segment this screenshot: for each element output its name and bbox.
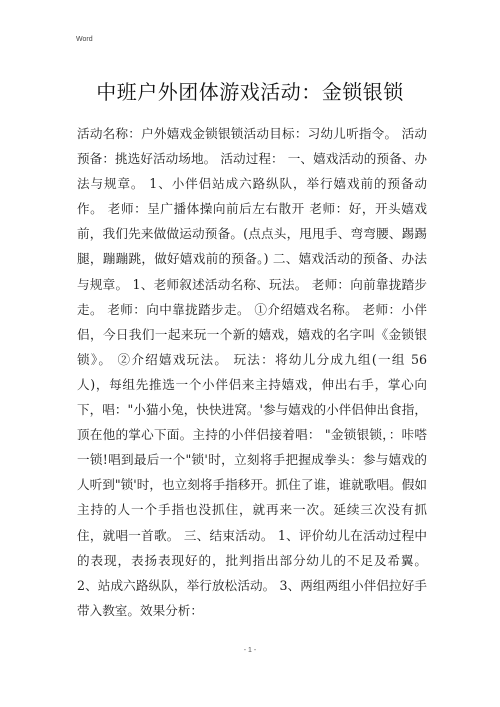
page-number: - 1 - [0,647,500,654]
header-label: Word [76,36,93,43]
document-body: 活动名称：户外嬉戏金锁银锁活动目标：习幼儿听指令。 活动预备：挑选好活动场地。 … [77,121,427,623]
document-title: 中班户外团体游戏活动：金锁银锁 [0,76,500,105]
